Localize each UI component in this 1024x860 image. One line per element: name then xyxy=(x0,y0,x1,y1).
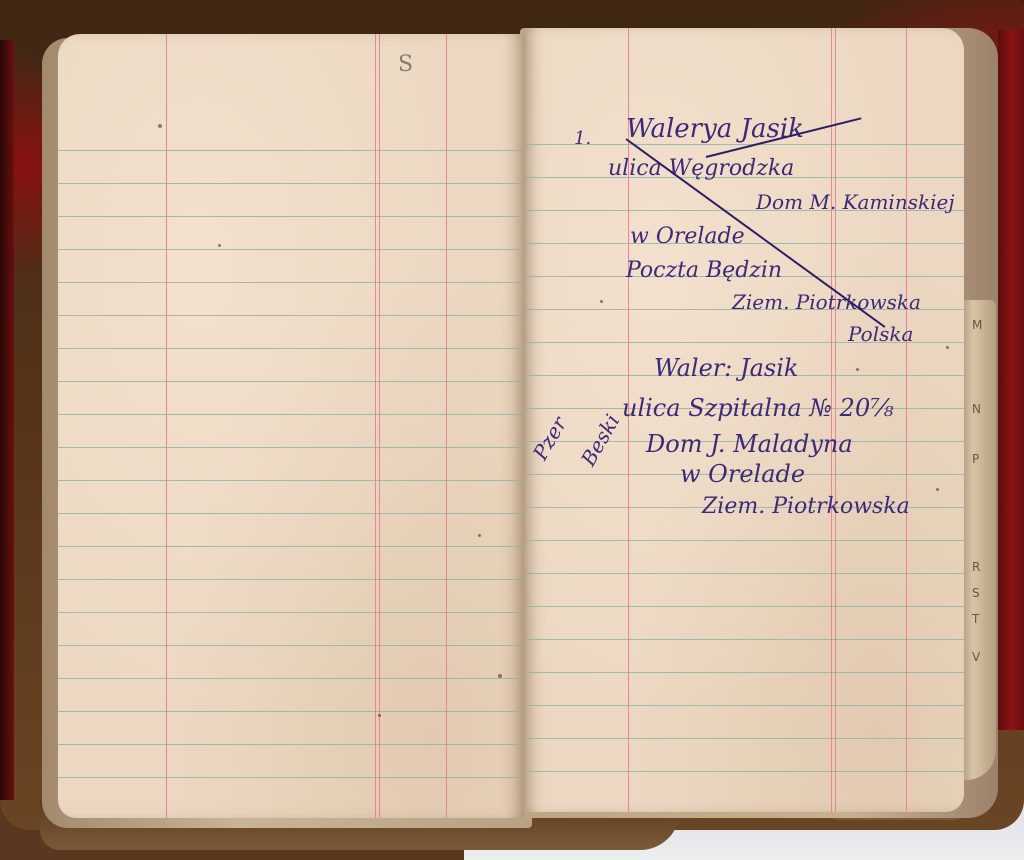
crossed-entry-region: Ziem. Piotrkowska xyxy=(732,290,921,314)
entry-street: ulica Szpitalna № 20⅞ xyxy=(622,394,893,422)
left-page: S xyxy=(58,34,524,818)
cover-right-edge xyxy=(998,30,1024,730)
entry-name: Waler: Jasik xyxy=(654,354,798,382)
index-tab: S xyxy=(972,586,980,600)
crossed-entry-town: w Orelade xyxy=(630,224,745,249)
crossed-entry-street: ulica Węgrodzka xyxy=(608,156,794,181)
entry-number: 1. xyxy=(574,128,591,149)
entry-region: Ziem. Piotrkowska xyxy=(702,494,910,519)
entry-town: w Orelade xyxy=(680,460,805,488)
index-tab: R xyxy=(972,560,980,574)
crossed-entry-house: Dom M. Kaminskiej xyxy=(756,190,955,214)
margin-note-word-1: Pzer xyxy=(528,413,571,464)
index-tab: P xyxy=(972,452,979,466)
crossed-entry-post: Poczta Będzin xyxy=(626,258,782,283)
cover-left-edge xyxy=(0,40,14,800)
index-tab: N xyxy=(972,402,981,416)
right-page: 1. Walerya Jasik ulica Węgrodzka Dom M. … xyxy=(526,28,964,812)
pencil-mark: S xyxy=(398,52,413,77)
index-tab: T xyxy=(972,612,979,626)
index-tab: V xyxy=(972,650,980,664)
index-tab: M xyxy=(972,318,982,332)
entry-house: Dom J. Maladyna xyxy=(646,430,853,458)
